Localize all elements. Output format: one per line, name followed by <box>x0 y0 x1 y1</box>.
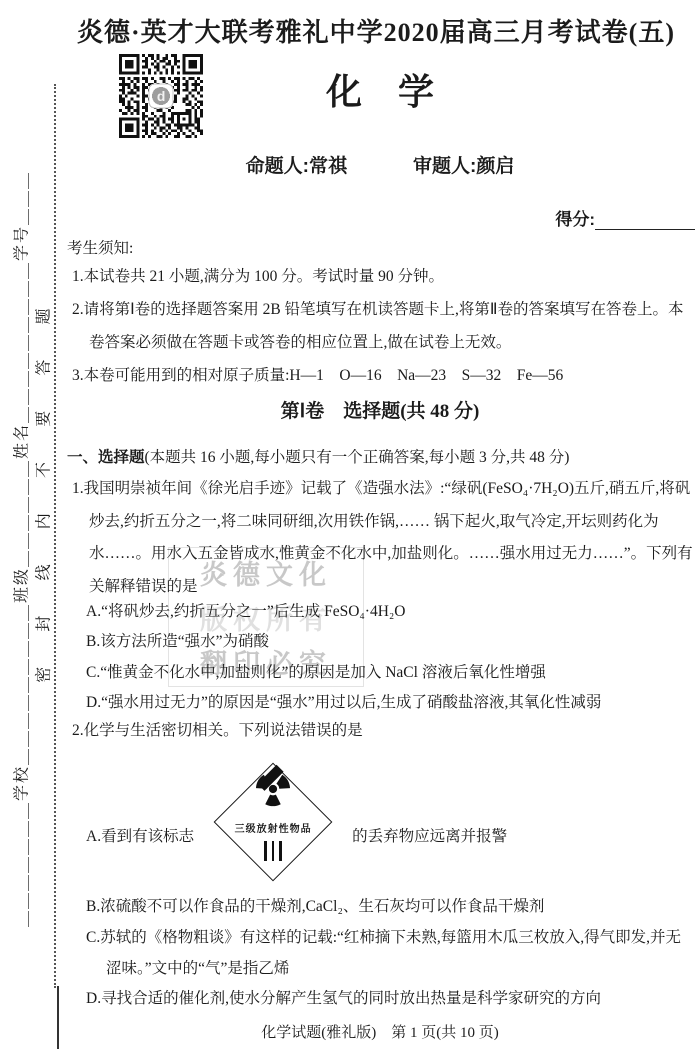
multiple-choice-intro: 一、选择题(本题共 16 小题,每小题只有一个正确答案,每小题 3 分,共 48… <box>67 445 695 471</box>
q2-option-d: D.寻找合适的催化剂,使水分解产生氢气的同时放出热量是科学家研究的方向 <box>86 984 696 1015</box>
notice-item-1: 1.本试卷共 21 小题,满分为 100 分。考试时量 90 分钟。 <box>72 260 696 293</box>
proposer-label: 命题人:常祺 <box>246 151 347 178</box>
notice-item-2: 2.请将第Ⅰ卷的选择题答案用 2B 铅笔填写在机读答题卡上,将第Ⅱ卷的答案填写在… <box>72 293 696 359</box>
intro-rest: (本题共 16 小题,每小题只有一个正确答案,每小题 3 分,共 48 分) <box>145 449 570 466</box>
question-2-stem: 2.化学与生活密切相关。下列说法错误的是 <box>72 716 696 746</box>
hazard-label: 三级放射性物品 <box>235 820 312 835</box>
notice-list: 1.本试卷共 21 小题,满分为 100 分。考试时量 90 分钟。 2.请将第… <box>72 260 696 392</box>
student-info-fields: ＿＿＿＿＿＿＿学校＿＿＿＿＿＿＿＿＿班级＿＿＿＿＿＿姓名＿＿＿＿＿＿＿＿＿学号＿… <box>9 171 32 927</box>
question-1-options: A.“将矾炒去,约折五分之一”后生成 FeSO₄·4H₂O B.该方法所造“强水… <box>86 597 694 719</box>
score-label: 得分: <box>555 205 595 230</box>
reviewer-label: 审题人:颜启 <box>413 151 514 178</box>
question-2-options: B.浓硫酸不可以作食品的干燥剂,CaCl₂、生石灰均可以作食品干燥剂 C.苏轼的… <box>86 892 696 1015</box>
intro-bold: 一、选择题 <box>67 449 145 466</box>
exam-series-title: 炎德·英才大联考雅礼中学2020届高三月考试卷(五) <box>58 12 694 49</box>
q2-option-a: A.看到有该标志 三级放射性物品 的丢弃物应远离并报警 <box>86 748 692 896</box>
seal-dotted-line <box>54 84 56 988</box>
exam-paper-page: 炎德文化 版权所有 翻印必究 ＿＿＿＿＿＿＿学校＿＿＿＿＿＿＿＿＿班级＿＿＿＿＿… <box>0 0 700 1049</box>
radiation-trefoil-icon <box>255 771 291 807</box>
seal-line-text: 密封线内不要答题 <box>31 273 54 683</box>
q1-option-a: A.“将矾炒去,约折五分之一”后生成 FeSO₄·4H₂O <box>86 597 694 627</box>
section-title: 第Ⅰ卷 选择题(共 48 分) <box>66 396 694 423</box>
byline: 命题人:常祺 审题人:颜启 <box>66 151 694 178</box>
seal-solid-line <box>57 986 59 1049</box>
q2-option-a-pre: A.看到有该标志 <box>86 824 194 846</box>
q1-option-b: B.该方法所造“强水”为硝酸 <box>86 627 694 657</box>
question-1-stem: 1.我国明崇祯年间《徐光启手迹》记载了《造强水法》:“绿矾(FeSO₄·7H₂O… <box>72 473 696 603</box>
subject-title: 化 学 <box>66 64 694 115</box>
q1-option-c: C.“惟黄金不化水中,加盐则化”的原因是加入 NaCl 溶液后氧化性增强 <box>86 658 694 688</box>
page-footer: 化学试题(雅礼版) 第 1 页(共 10 页) <box>66 1021 694 1042</box>
q2-option-a-post: 的丢弃物应远离并报警 <box>352 824 507 846</box>
notice-heading: 考生须知: <box>67 236 133 258</box>
score-field: 得分: <box>555 205 695 230</box>
score-blank-line <box>595 208 695 230</box>
notice-item-3: 3.本卷可能用到的相对原子质量:H—1 O—16 Na—23 S—32 Fe—5… <box>72 359 696 392</box>
q2-option-c: C.苏轼的《格物粗谈》有这样的记载:“红柿摘下未熟,每篮用木瓜三枚放入,得气即发… <box>86 923 696 985</box>
hazard-class-bars <box>264 841 282 861</box>
q2-option-b: B.浓硫酸不可以作食品的干燥剂,CaCl₂、生石灰均可以作食品干燥剂 <box>86 892 696 923</box>
radiation-hazard-sign: 三级放射性物品 <box>198 749 348 895</box>
q1-option-d: D.“强水用过无力”的原因是“强水”用过以后,生成了硝酸盐溶液,其氧化性减弱 <box>86 688 694 718</box>
